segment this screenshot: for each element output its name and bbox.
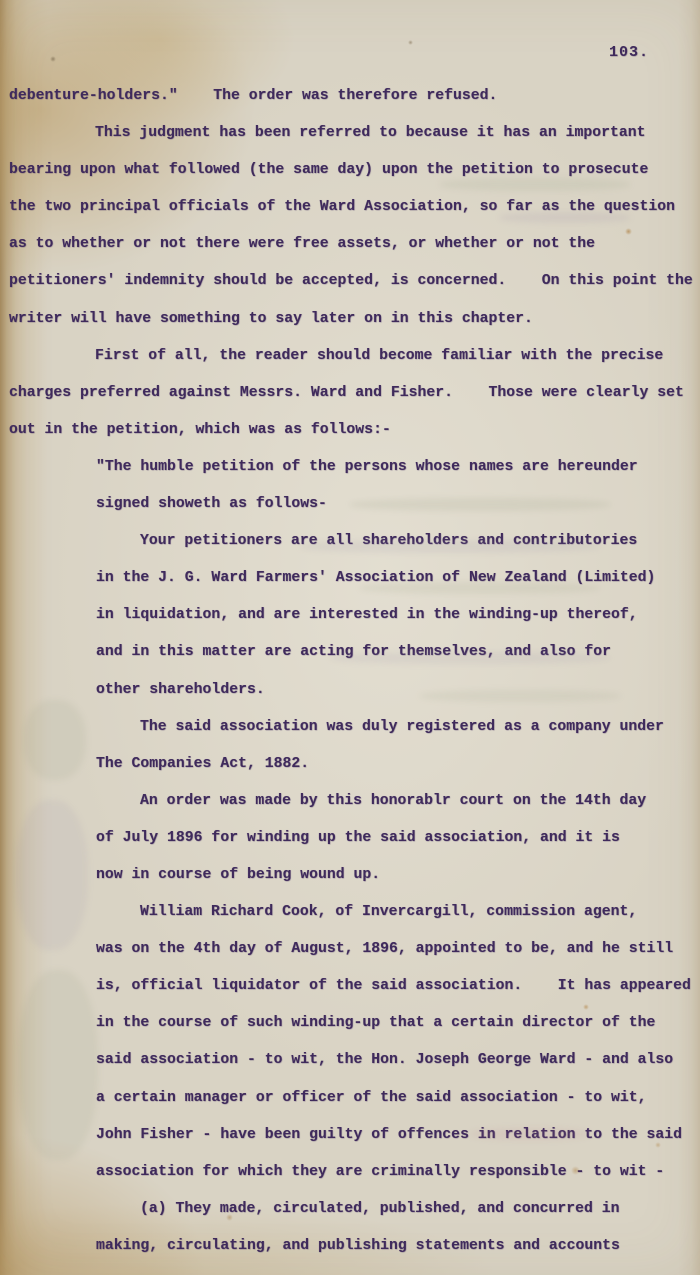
text-line: "The humble petition of the persons whos… [9,449,694,486]
typewritten-text-block: debenture-holders." The order was theref… [9,78,694,1265]
text-line: First of all, the reader should become f… [9,338,694,375]
text-line: was on the 4th day of August, 1896, appo… [9,931,694,968]
text-line: as to whether or not there were free ass… [9,226,694,263]
text-line: Your petitioners are all shareholders an… [9,523,694,560]
text-line: petitioners' indemnity should be accepte… [9,263,694,300]
text-line: in the J. G. Ward Farmers' Association o… [9,560,694,597]
text-line: in the course of such winding-up that a … [9,1005,694,1042]
text-line: writer will have something to say later … [9,301,694,338]
foxing-spot [408,40,413,45]
text-line: The Companies Act, 1882. [9,746,694,783]
text-line: The said association was duly registered… [9,709,694,746]
text-line: the two principal officials of the Ward … [9,189,694,226]
foxing-spot [50,56,56,62]
text-line: a certain manager or officer of the said… [9,1080,694,1117]
text-line: William Richard Cook, of Invercargill, c… [9,894,694,931]
text-line: bearing upon what followed (the same day… [9,152,694,189]
text-line: and in this matter are acting for themse… [9,634,694,671]
text-line: charges preferred against Messrs. Ward a… [9,375,694,412]
text-line: debenture-holders." The order was theref… [9,78,694,115]
text-line: of July 1896 for winding up the said ass… [9,820,694,857]
text-line: other shareholders. [9,672,694,709]
page-number: 103. [609,44,649,61]
text-line: now in course of being wound up. [9,857,694,894]
text-line: making, circulating, and publishing stat… [9,1228,694,1265]
text-line: association for which they are criminall… [9,1154,694,1191]
scanned-document-page: 103. debenture-holders." The order was t… [0,0,700,1275]
text-line: is, official liquidator of the said asso… [9,968,694,1005]
text-line: said association - to wit, the Hon. Jose… [9,1042,694,1079]
text-line: (a) They made, circulated, published, an… [9,1191,694,1228]
text-line: An order was made by this honorablr cour… [9,783,694,820]
text-line: signed showeth as follows- [9,486,694,523]
text-line: in liquidation, and are interested in th… [9,597,694,634]
text-line: John Fisher - have been guilty of offenc… [9,1117,694,1154]
text-line: out in the petition, which was as follow… [9,412,694,449]
text-line: This judgment has been referred to becau… [9,115,694,152]
